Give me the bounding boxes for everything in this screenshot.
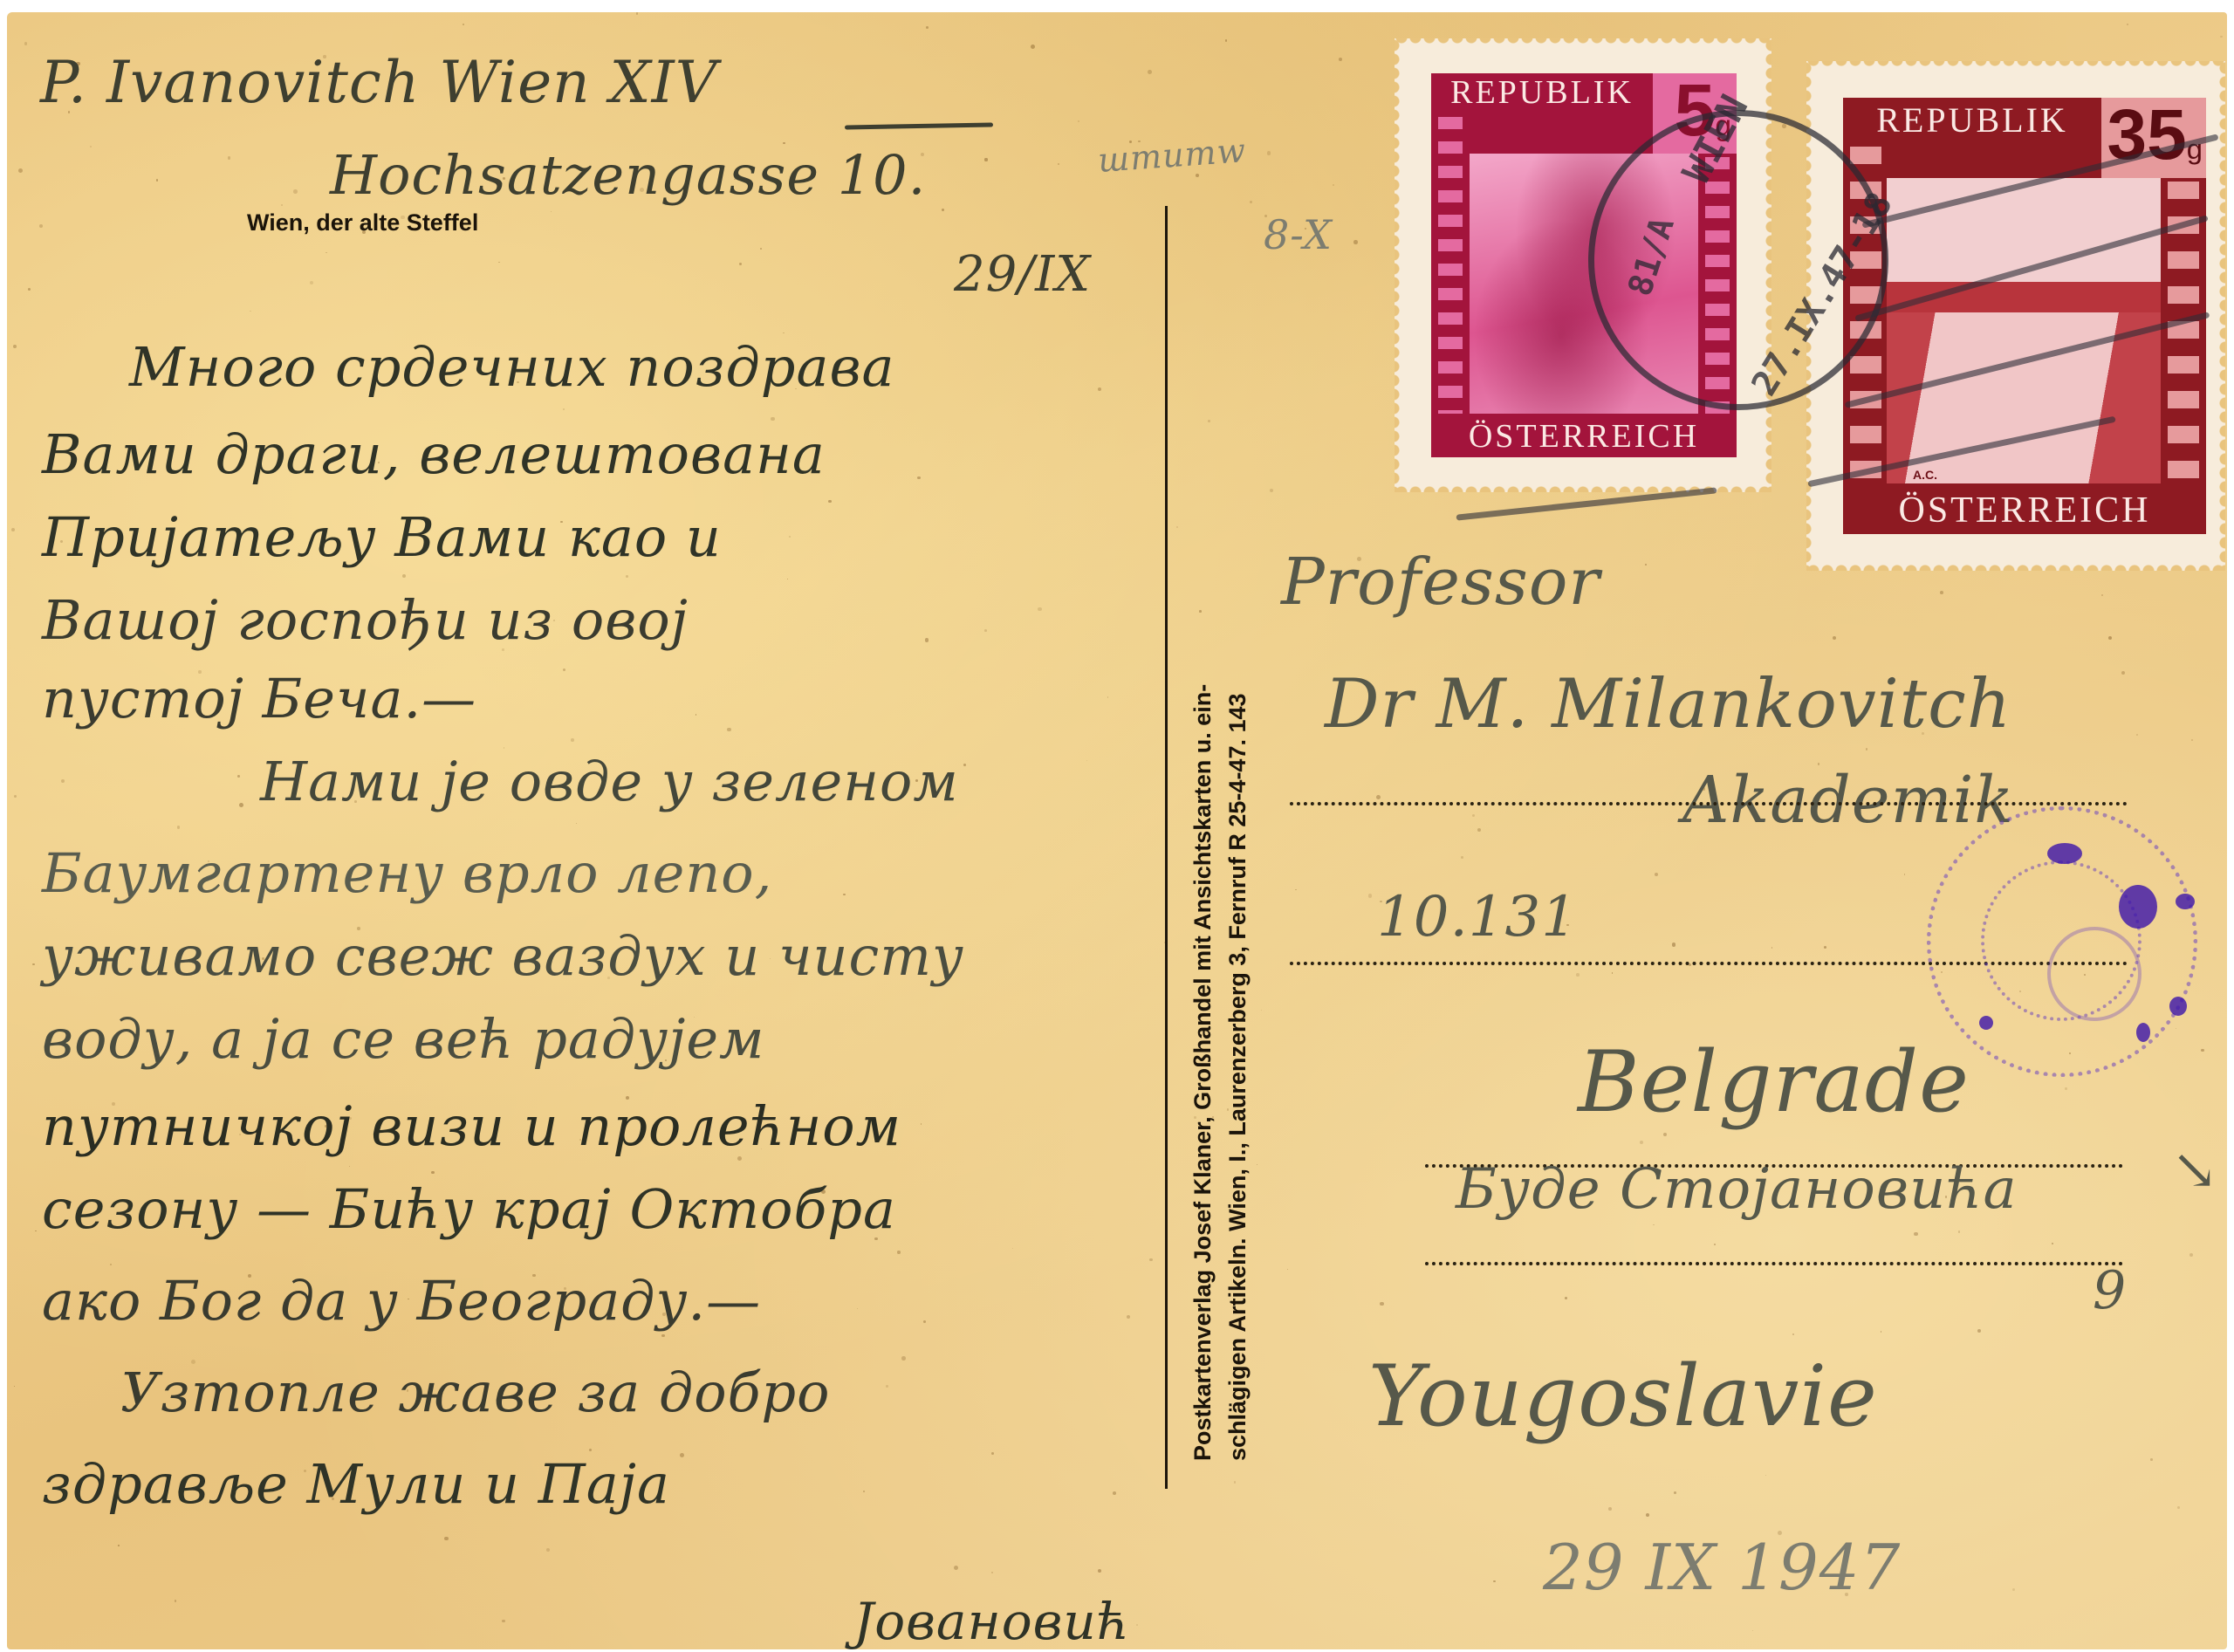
paper-speck <box>1257 1164 1257 1165</box>
paper-speck <box>571 738 573 741</box>
stamp-35g-country-top: REPUBLIK <box>1876 99 2068 141</box>
paper-speck <box>1127 1315 1130 1319</box>
message-line: Вашој госпођи из овој <box>42 588 689 652</box>
paper-speck <box>921 1123 922 1124</box>
paper-speck <box>1765 1475 1767 1477</box>
paper-speck <box>546 1548 550 1552</box>
address-line-1 <box>1290 802 2128 805</box>
paper-speck <box>1645 564 1648 566</box>
message-line: Много срдечних поздрава <box>129 335 895 399</box>
paper-speck <box>1031 45 1035 49</box>
paper-speck <box>1353 240 1358 244</box>
paper-speck <box>2220 36 2222 38</box>
paper-speck <box>576 823 577 824</box>
recipient-city: Belgrade <box>1578 1033 1970 1131</box>
paper-speck <box>498 262 499 263</box>
paper-speck <box>28 288 31 291</box>
paper-speck <box>90 146 92 147</box>
paper-speck <box>1663 1133 1667 1136</box>
sender-name-line: P. Ivanovitch Wien XIV <box>40 49 717 116</box>
stamp-35g-engraver-mark: A.C. <box>1913 468 1937 482</box>
sender-street-line: Hochsatzengasse 10. <box>330 143 926 207</box>
publisher-imprint-line2: schlägigen Artikeln. Wien, I., Laurenzer… <box>1220 684 1255 1461</box>
paper-speck <box>1646 1513 1649 1517</box>
paper-speck <box>2150 1458 2153 1461</box>
paper-speck <box>1472 814 1475 817</box>
paper-speck <box>504 747 505 749</box>
paper-speck <box>2201 1049 2203 1052</box>
paper-speck <box>991 1572 992 1573</box>
paper-speck <box>14 795 17 799</box>
paper-speck <box>1148 70 1152 74</box>
message-line: путничкој визи и пролећном <box>42 1094 901 1158</box>
paper-speck <box>228 156 230 159</box>
paper-speck <box>18 168 23 173</box>
paper-speck <box>1333 184 1334 186</box>
paper-speck <box>118 1545 120 1546</box>
publisher-imprint-line1: Postkartenverlag Josef Klaner, Großhande… <box>1185 684 1220 1461</box>
paper-speck <box>789 536 791 538</box>
paper-speck <box>984 629 987 632</box>
paper-speck <box>942 209 944 211</box>
paper-speck <box>783 332 785 334</box>
paper-speck <box>1208 420 1210 422</box>
paper-speck <box>2012 1588 2015 1591</box>
message-line: Нами је овде у зеленом <box>260 750 959 813</box>
paper-speck <box>2189 1253 2193 1257</box>
paper-speck <box>1376 795 1381 799</box>
stamp-5g-left-ornament <box>1438 117 1463 414</box>
paper-speck <box>14 1386 16 1388</box>
paper-speck <box>1477 828 1481 832</box>
sender-district-underline <box>845 123 993 130</box>
paper-speck <box>661 1334 664 1337</box>
paper-speck <box>1225 39 1228 42</box>
paper-speck <box>626 575 628 578</box>
paper-speck <box>502 1620 505 1623</box>
paper-speck <box>250 311 250 312</box>
paper-speck <box>991 1452 994 1455</box>
paper-speck <box>843 894 846 896</box>
paper-speck <box>1038 607 1042 612</box>
paper-speck <box>1940 591 1943 594</box>
message-line: ако Бог да у Београду.— <box>42 1269 761 1333</box>
paper-speck <box>1866 748 1868 751</box>
paper-speck <box>11 528 16 532</box>
paper-speck <box>1295 889 1297 891</box>
paper-speck <box>1674 1491 1676 1494</box>
paper-speck <box>177 826 181 829</box>
paper-speck <box>925 638 929 641</box>
paper-speck <box>13 345 17 348</box>
paper-speck <box>1339 58 1342 61</box>
paper-speck <box>35 1230 37 1232</box>
postcard: P. Ivanovitch Wien XIV Hochsatzengasse 1… <box>7 12 2227 1649</box>
paper-speck <box>1608 1507 1612 1511</box>
paper-speck <box>563 408 565 410</box>
paper-speck <box>857 1308 859 1310</box>
paper-speck <box>1881 1331 1881 1332</box>
paper-speck <box>771 417 775 422</box>
paper-speck <box>636 12 639 15</box>
paper-speck <box>727 728 731 732</box>
paper-speck <box>917 476 920 479</box>
paper-speck <box>1199 610 1202 613</box>
paper-speck <box>1977 1329 1981 1333</box>
paper-speck <box>1653 1224 1654 1225</box>
paper-speck <box>828 500 832 504</box>
recipient-title: Professor <box>1281 545 1600 620</box>
recipient-house-number: 9 <box>2093 1260 2127 1321</box>
paper-speck <box>2108 636 2113 641</box>
paper-speck <box>1833 636 1836 640</box>
paper-speck <box>1261 1010 1263 1011</box>
paper-speck <box>1824 946 1826 949</box>
signature: Јовановић <box>853 1592 1130 1649</box>
paper-speck <box>1640 1141 1643 1144</box>
card-divider-line <box>1165 206 1168 1489</box>
paper-speck <box>239 803 243 807</box>
paper-speck <box>1058 163 1059 165</box>
paper-speck <box>1612 972 1614 974</box>
message-line: сезону — Бићу крај Октобра <box>42 1177 896 1241</box>
paper-speck <box>1234 1481 1237 1484</box>
paper-speck <box>2177 1506 2180 1509</box>
arrival-note: 29 IX 1947 <box>1543 1531 1901 1604</box>
paper-speck <box>2191 739 2193 741</box>
paper-speck <box>349 1166 350 1167</box>
paper-speck <box>431 1171 434 1174</box>
pencil-note-top: штитw <box>1097 131 1248 180</box>
paper-speck <box>281 204 283 206</box>
stamp-35g-country-bottom: ÖSTERREICH <box>1898 490 2150 531</box>
street-arrow-mark: ↘ <box>2171 1138 2219 1203</box>
message-line: Вами драги, велештована <box>42 422 826 486</box>
paper-speck <box>1771 947 1773 949</box>
paper-speck <box>110 1264 112 1265</box>
paper-speck <box>24 42 28 45</box>
message-date: 29/IX <box>954 246 1091 303</box>
paper-speck <box>897 1251 900 1253</box>
recipient-street: Буде Стојановића <box>1456 1157 2018 1222</box>
paper-speck <box>923 1320 926 1323</box>
publisher-imprint: Postkartenverlag Josef Klaner, Großhande… <box>1185 684 1255 1461</box>
paper-speck <box>1113 1491 1116 1495</box>
paper-speck <box>310 281 313 284</box>
picture-caption: Wien, der alte Steffel <box>247 209 478 236</box>
paper-speck <box>1012 1248 1013 1249</box>
paper-speck <box>2101 594 2103 596</box>
message-line: пустој Беча.— <box>42 667 476 730</box>
paper-speck <box>32 963 35 966</box>
paper-speck <box>326 252 326 253</box>
paper-speck <box>2065 1087 2067 1090</box>
paper-speck <box>1098 387 1101 391</box>
message-line: Пријатељу Вами као и <box>42 505 722 569</box>
paper-speck <box>551 211 552 212</box>
paper-speck <box>984 158 987 161</box>
paper-speck <box>954 1566 958 1570</box>
paper-speck <box>237 775 240 778</box>
message-line: Баумгартену врло лепо, <box>42 841 772 905</box>
recipient-number: 10.131 <box>1377 885 1578 949</box>
paper-speck <box>1792 1333 1794 1335</box>
paper-speck <box>1270 489 1273 492</box>
message-line: здравље Мули и Паја <box>42 1452 670 1516</box>
paper-speck <box>156 179 159 182</box>
paper-speck <box>1086 760 1087 761</box>
paper-speck <box>1368 894 1372 897</box>
paper-speck <box>1714 1244 1716 1245</box>
paper-speck <box>293 189 298 194</box>
paper-speck <box>863 1491 865 1492</box>
paper-speck <box>1107 696 1108 697</box>
paper-speck <box>1287 1269 1288 1270</box>
paper-speck <box>1914 1232 1918 1237</box>
paper-speck <box>1149 1258 1152 1261</box>
paper-speck <box>1493 1580 1496 1583</box>
recipient-country: Yougoslavie <box>1368 1347 1878 1445</box>
message-line: уживамо свеж ваздух и чисту <box>42 924 964 988</box>
address-line-4 <box>1425 1262 2123 1265</box>
message-line: Узтопле жаве за добро <box>120 1361 830 1424</box>
paper-speck <box>1672 943 1675 946</box>
paper-speck <box>1098 1569 1101 1573</box>
paper-speck <box>926 26 929 29</box>
paper-speck <box>175 1600 177 1602</box>
paper-speck <box>1176 526 1178 528</box>
paper-speck <box>444 1537 449 1541</box>
paper-speck <box>1196 174 1199 177</box>
paper-speck <box>1250 201 1252 203</box>
paper-speck <box>963 764 966 766</box>
paper-speck <box>563 668 565 671</box>
paper-speck <box>739 263 742 265</box>
paper-speck <box>2127 24 2128 25</box>
paper-speck <box>1958 1230 1960 1232</box>
paper-speck <box>1136 1624 1138 1626</box>
paper-speck <box>886 1385 889 1388</box>
stamp-5g-country-bottom: ÖSTERREICH <box>1469 417 1699 456</box>
paper-speck <box>2176 1028 2176 1029</box>
paper-speck <box>1655 873 1658 876</box>
paper-speck <box>1904 874 1906 875</box>
paper-speck <box>787 579 788 579</box>
paper-speck <box>696 714 696 715</box>
paper-speck <box>1461 856 1463 859</box>
paper-speck <box>2052 1243 2054 1245</box>
message-line: воду, а ја се већ радујем <box>42 1007 764 1071</box>
paper-speck <box>1267 151 1271 155</box>
paper-speck <box>760 248 761 249</box>
recipient-name: Dr M. Milankovitch <box>1325 665 2011 744</box>
paper-speck <box>39 224 43 228</box>
paper-speck <box>2121 671 2125 675</box>
paper-speck <box>61 779 65 783</box>
paper-speck <box>680 1453 684 1457</box>
paper-speck <box>901 1356 906 1361</box>
postmark-wave-line <box>1456 487 1717 520</box>
paper-speck <box>463 24 464 25</box>
paper-speck <box>1380 1302 1384 1306</box>
paper-speck <box>1576 973 1579 976</box>
paper-speck <box>1078 120 1079 122</box>
recipient-role: Akademik <box>1682 763 2014 838</box>
paper-speck <box>1752 1630 1753 1631</box>
paper-speck <box>402 574 406 578</box>
stamp-5g-country-top: REPUBLIK <box>1450 73 1634 112</box>
paper-speck <box>2136 734 2138 736</box>
pencil-received-date: 8-X <box>1264 211 1333 258</box>
paper-speck <box>589 1449 592 1451</box>
paper-speck <box>1565 1297 1567 1299</box>
